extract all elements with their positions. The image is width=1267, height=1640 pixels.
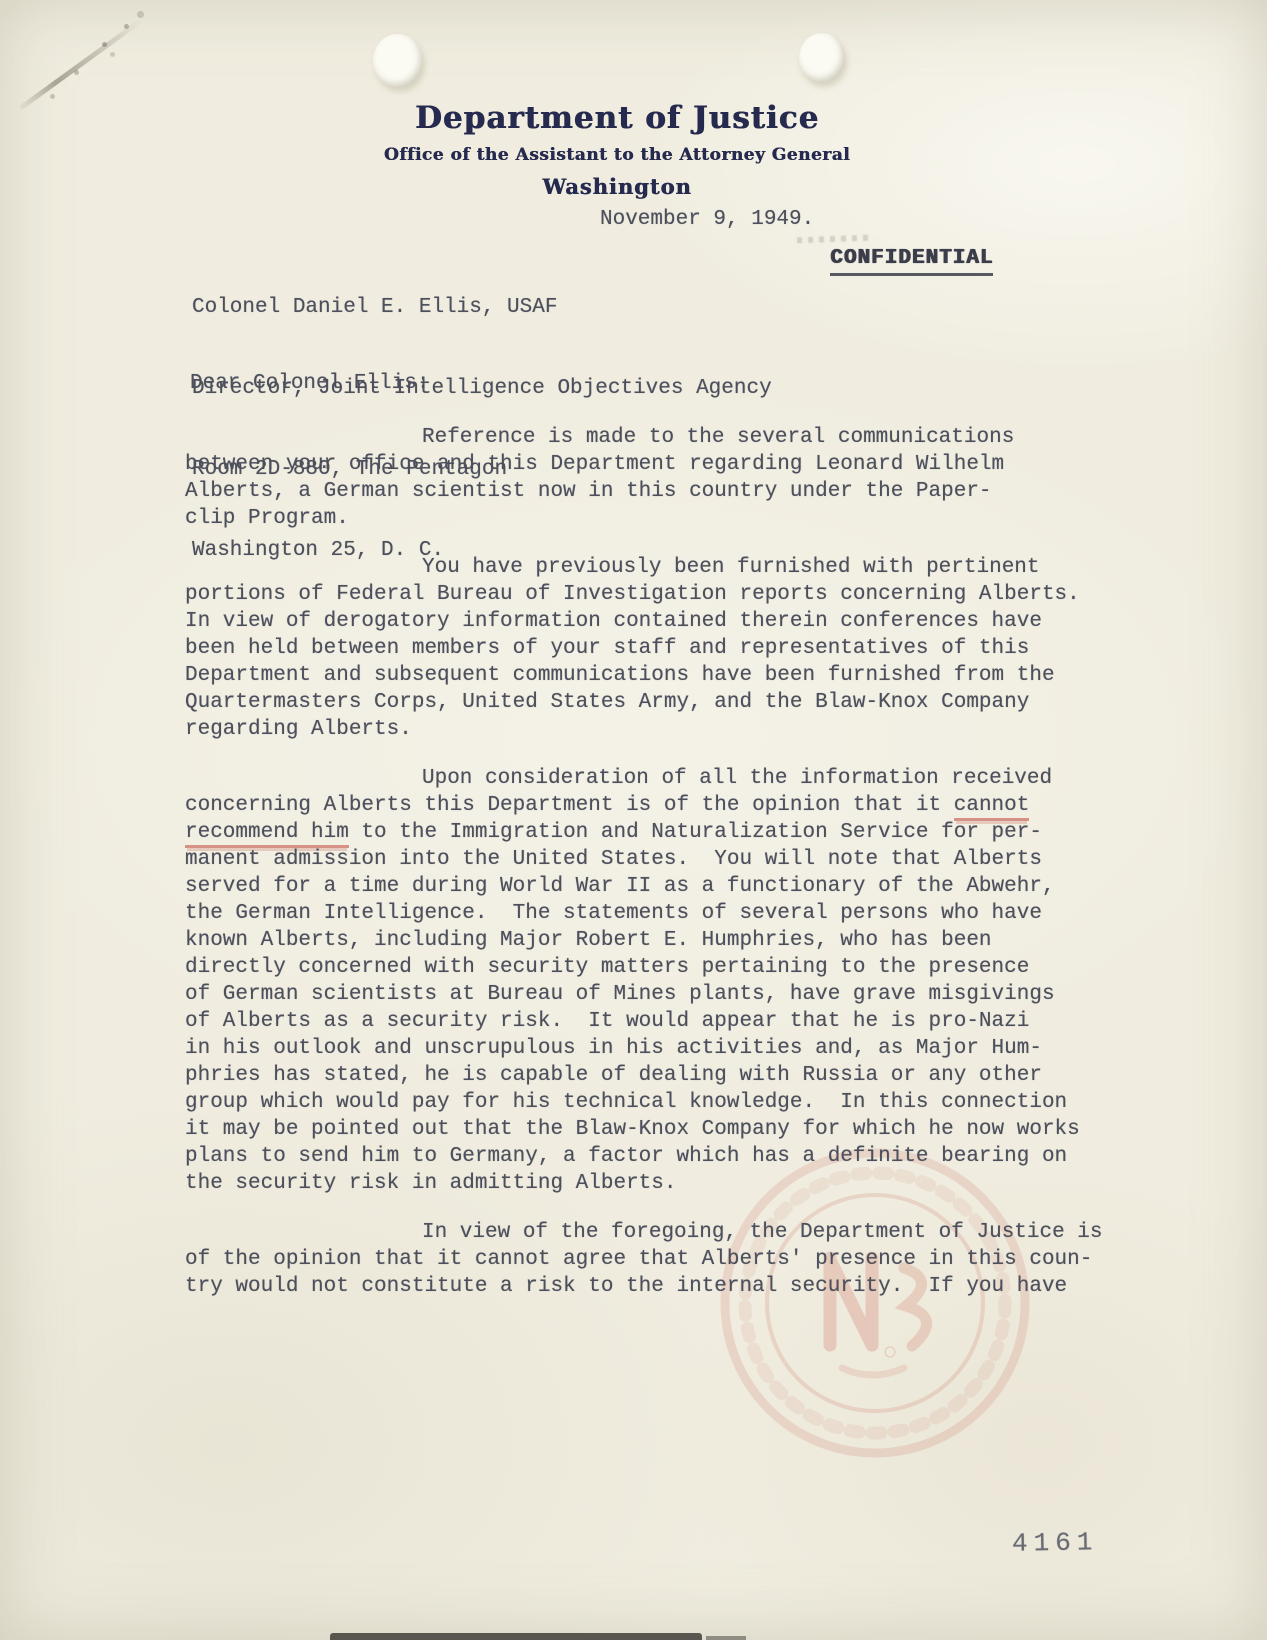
red-underlined-text: cannot — [954, 794, 1030, 821]
letter-line: in his outlook and unscrupulous in his a… — [185, 1035, 1165, 1062]
letter-line: between your office and this Department … — [185, 451, 1165, 478]
letter-line: plans to send him to Germany, a factor w… — [185, 1143, 1165, 1170]
paragraph: Reference is made to the several communi… — [185, 424, 1165, 532]
punch-hole-left — [373, 34, 423, 88]
letter-line: known Alberts, including Major Robert E.… — [185, 927, 1165, 954]
letter-line: it may be pointed out that the Blaw-Knox… — [185, 1116, 1165, 1143]
crease-dots — [102, 42, 107, 47]
recipient-line: Colonel Daniel E. Ellis, USAF — [192, 294, 772, 321]
letter-line: served for a time during World War II as… — [185, 873, 1165, 900]
letter-line: Reference is made to the several communi… — [185, 424, 1165, 451]
letter-line: manent admission into the United States.… — [185, 846, 1165, 873]
letter-line: Alberts, a German scientist now in this … — [185, 478, 1165, 505]
paragraph: In view of the foregoing, the Department… — [185, 1219, 1165, 1300]
faint-pencil-mark — [797, 235, 871, 244]
letterhead-office: Office of the Assistant to the Attorney … — [0, 145, 1234, 165]
scan-edge-artifact — [330, 1633, 702, 1640]
letter-line: directly concerned with security matters… — [185, 954, 1165, 981]
letter-line: In view of derogatory information contai… — [185, 608, 1165, 635]
punch-hole-right — [799, 33, 845, 83]
letter-line: regarding Alberts. — [185, 716, 1165, 743]
letter-line: Upon consideration of all the informatio… — [185, 765, 1165, 792]
scan-edge-artifact-small — [706, 1636, 746, 1640]
letter-line: concerning Alberts this Department is of… — [185, 792, 1165, 819]
paragraph: You have previously been furnished with … — [185, 554, 1165, 743]
letter-body: Reference is made to the several communi… — [185, 424, 1165, 1322]
letter-line: phries has stated, he is capable of deal… — [185, 1062, 1165, 1089]
letterhead-department: Department of Justice — [0, 100, 1234, 136]
letter-line: Department and subsequent communications… — [185, 662, 1165, 689]
letter-line: of Alberts as a security risk. It would … — [185, 1008, 1165, 1035]
letterhead-city: Washington — [0, 174, 1234, 199]
letter-line: the German Intelligence. The statements … — [185, 900, 1165, 927]
letter-line: been held between members of your staff … — [185, 635, 1165, 662]
letter-line: try would not constitute a risk to the i… — [185, 1273, 1165, 1300]
letter-line: of the opinion that it cannot agree that… — [185, 1246, 1165, 1273]
letter-line: recommend him to the Immigration and Nat… — [185, 819, 1165, 846]
crease-line — [19, 18, 143, 110]
letter-line: You have previously been furnished with … — [185, 554, 1165, 581]
page-number: 4161 — [1012, 1527, 1099, 1559]
letter-line: In view of the foregoing, the Department… — [185, 1219, 1165, 1246]
paragraph: Upon consideration of all the informatio… — [185, 765, 1165, 1197]
letter-line: the security risk in admitting Alberts. — [185, 1170, 1165, 1197]
letter-line: portions of Federal Bureau of Investigat… — [185, 581, 1165, 608]
confidential-stamp-text: CONFIDENTIAL — [830, 245, 993, 276]
salutation: Dear Colonel Ellis: — [190, 370, 429, 397]
scanned-letter-page: Department of Justice Office of the Assi… — [0, 0, 1267, 1640]
letter-date: November 9, 1949. — [600, 206, 814, 233]
letter-line: group which would pay for his technical … — [185, 1089, 1165, 1116]
letter-line: Quartermasters Corps, United States Army… — [185, 689, 1165, 716]
letterhead: Department of Justice Office of the Assi… — [0, 100, 1234, 199]
letter-line: clip Program. — [185, 505, 1165, 532]
letter-line: of German scientists at Bureau of Mines … — [185, 981, 1165, 1008]
red-underlined-text: recommend him — [185, 821, 349, 848]
